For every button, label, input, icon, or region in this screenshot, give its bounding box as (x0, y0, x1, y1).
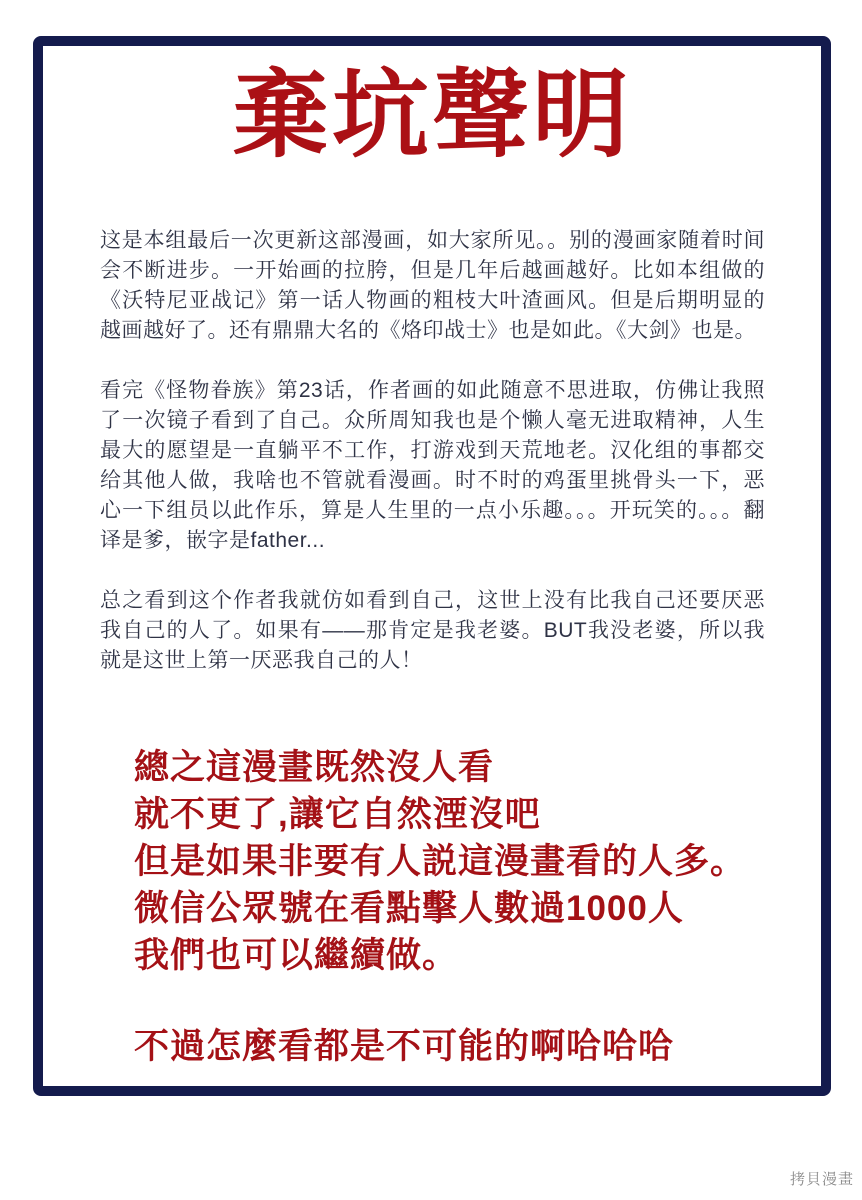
red-statement-block: 總之這漫畫既然沒人看 就不更了,讓它自然湮沒吧 但是如果非要有人説這漫畫看的人多… (100, 744, 765, 1070)
page-content: 棄坑聲明 这是本组最后一次更新这部漫画，如大家所见。。别的漫画家随着时间会不断进… (43, 46, 821, 1086)
red-statement-line: 總之這漫畫既然沒人看 (134, 744, 765, 791)
red-statement-line: 我們也可以繼續做。 (134, 932, 765, 979)
statement-body: 这是本组最后一次更新这部漫画，如大家所见。。别的漫画家随着时间会不断进步。一开始… (100, 226, 765, 676)
paragraph-2: 看完《怪物眷族》第23话，作者画的如此随意不思进取，仿佛让我照了一次镜子看到了自… (100, 376, 765, 556)
red-statement-line: 但是如果非要有人説這漫畫看的人多。 (134, 838, 765, 885)
statement-page: 棄坑聲明 这是本组最后一次更新这部漫画，如大家所见。。别的漫画家随着时间会不断进… (0, 0, 862, 1200)
paragraph-1: 这是本组最后一次更新这部漫画，如大家所见。。别的漫画家随着时间会不断进步。一开始… (100, 226, 765, 346)
red-statement-final-line: 不過怎麼看都是不可能的啊哈哈哈 (134, 1023, 765, 1070)
page-title: 棄坑聲明 (100, 64, 765, 168)
watermark: 拷貝漫畫 (790, 1168, 854, 1189)
paragraph-3: 总之看到这个作者我就仿如看到自己，这世上没有比我自己还要厌恶我自己的人了。如果有… (100, 586, 765, 676)
navy-border-frame: 棄坑聲明 这是本组最后一次更新这部漫画，如大家所见。。别的漫画家随着时间会不断进… (33, 36, 831, 1096)
red-statement-line: 就不更了,讓它自然湮沒吧 (134, 791, 765, 838)
red-statement-line: 微信公眾號在看點擊人數過1000人 (134, 885, 765, 932)
